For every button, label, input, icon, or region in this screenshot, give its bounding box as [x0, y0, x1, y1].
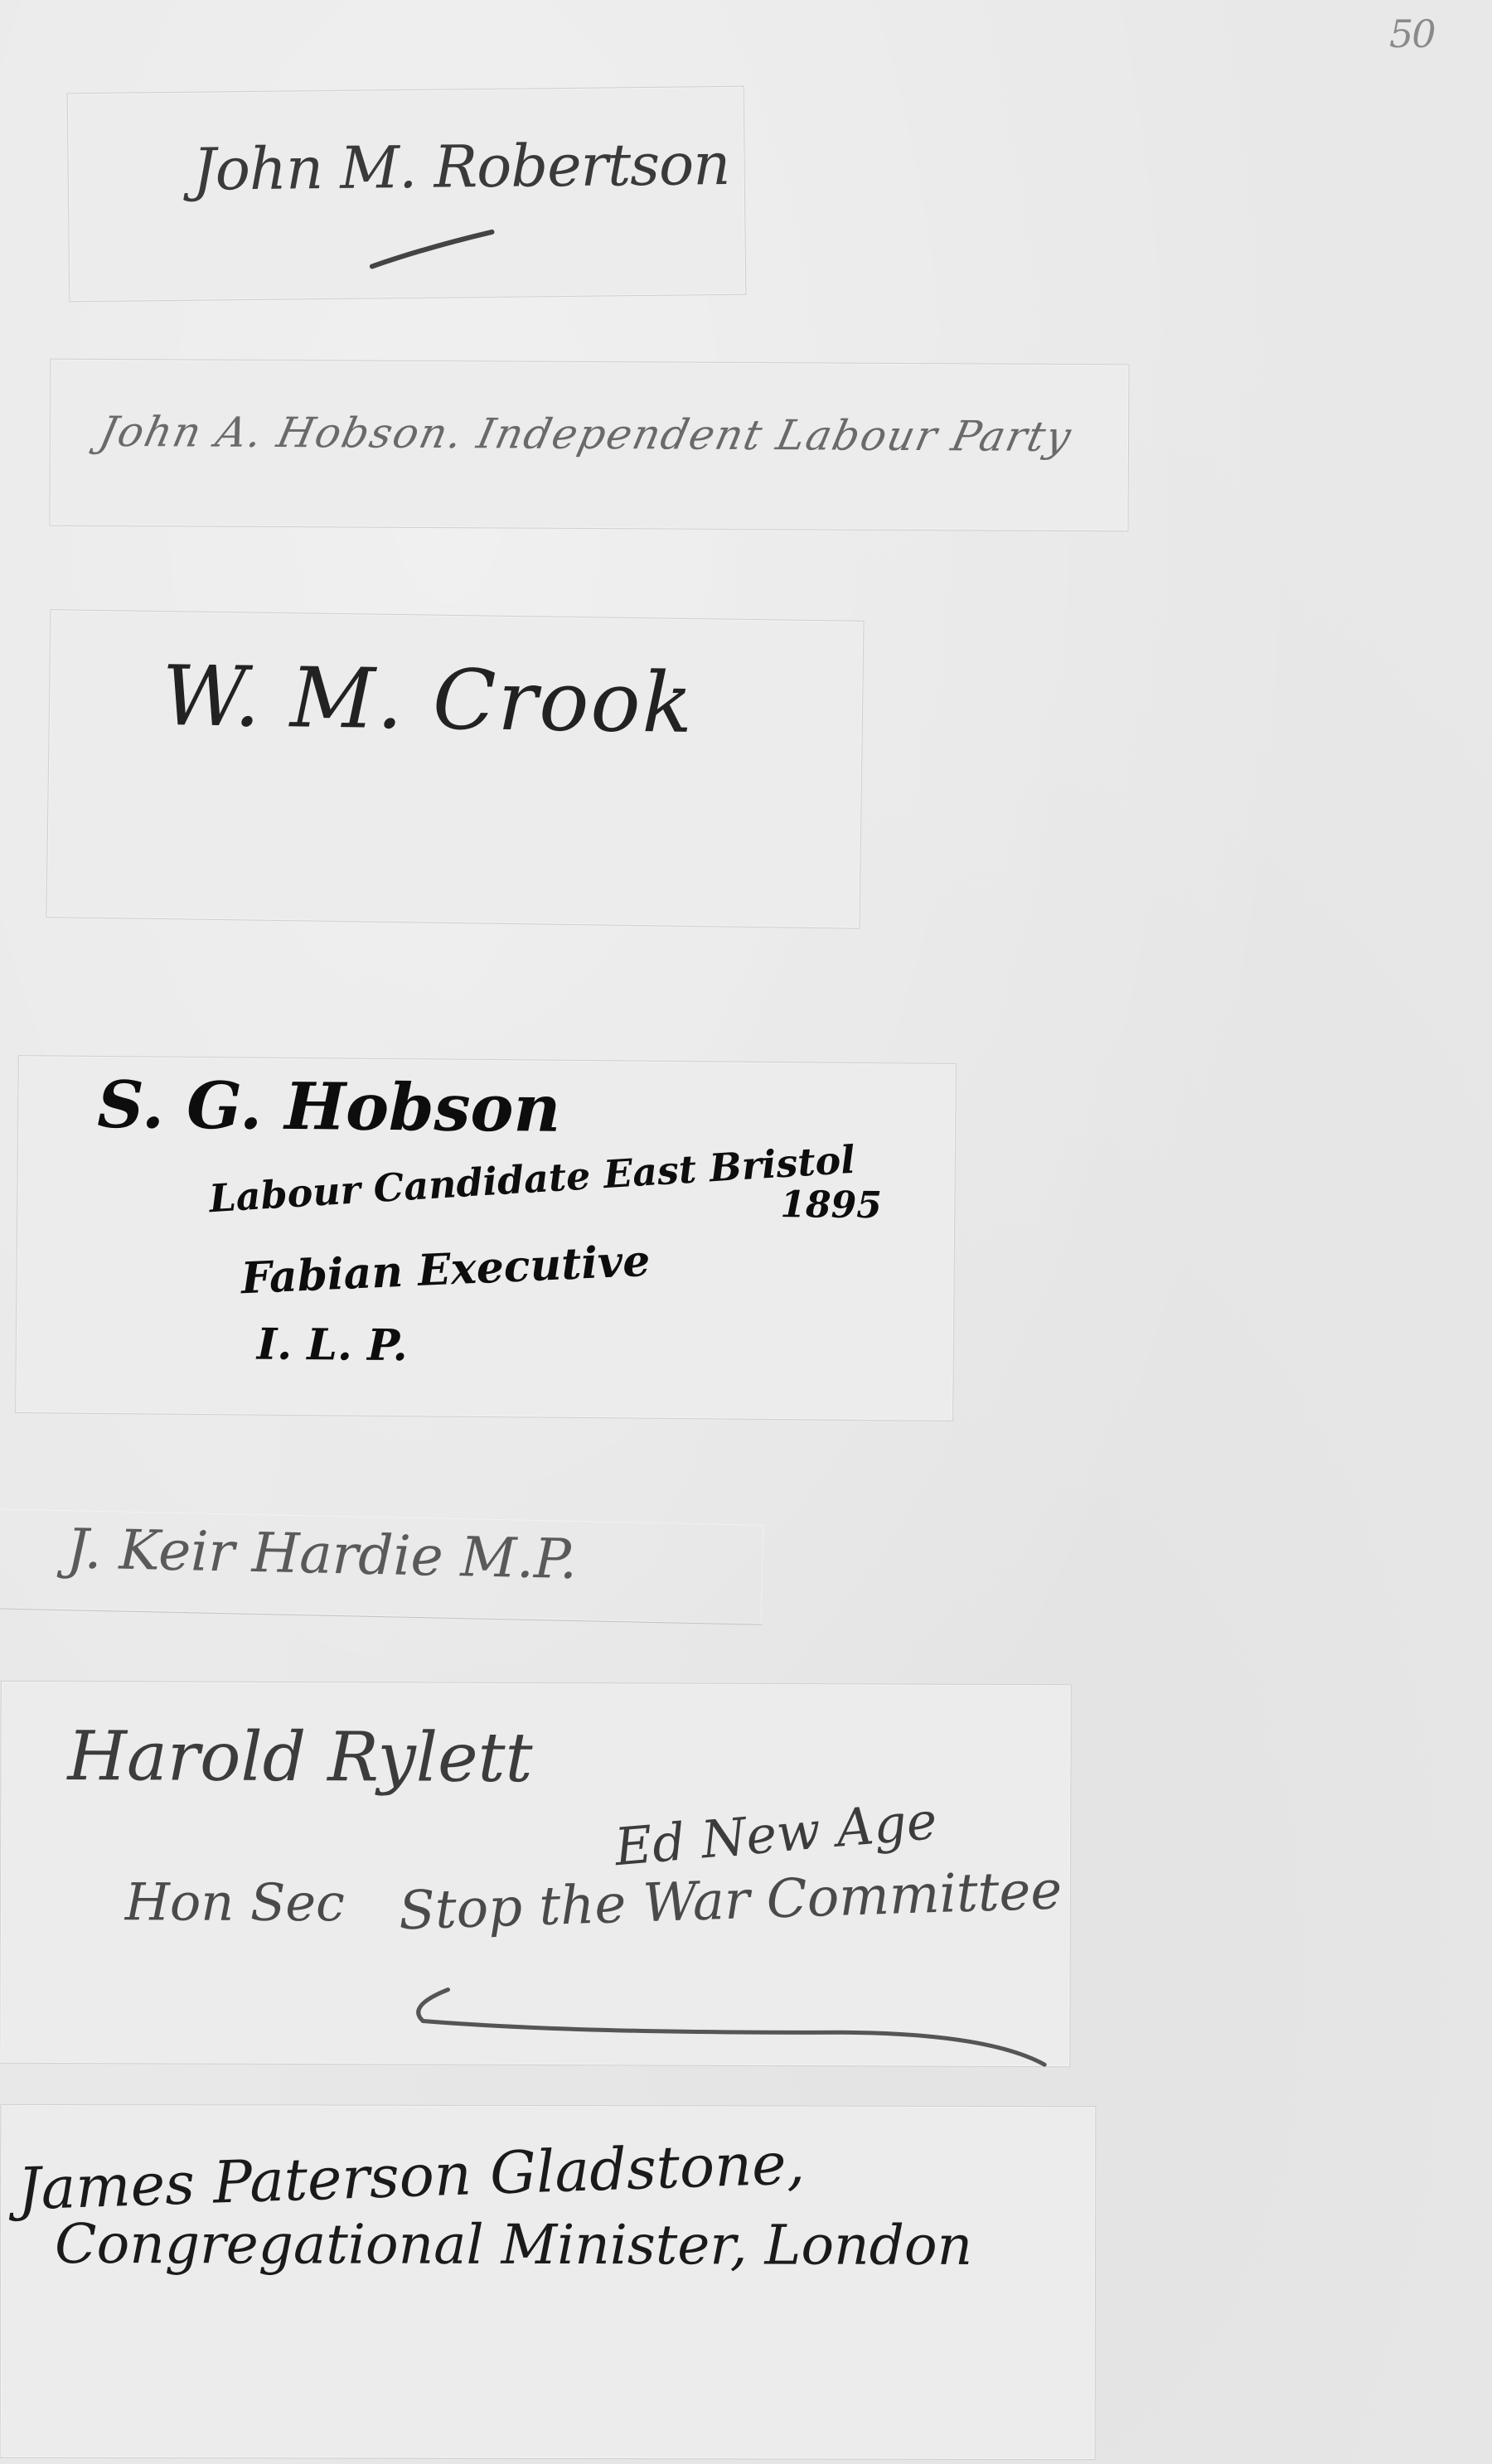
folio-number: 50 [1389, 12, 1435, 56]
annotation-congregational-minister: Congregational Minister, London [55, 2217, 972, 2273]
annotation-year: 1895 [780, 1187, 882, 1224]
signature-gladstone: James Paterson Gladstone, [17, 2134, 805, 2218]
signature-robertson: John M. Robertson [192, 135, 729, 199]
signature-rylett: Harold Rylett [67, 1723, 532, 1793]
album-page: 50 John M. Robertson John A. Hobson. Ind… [0, 0, 1492, 2464]
annotation-stop-the-war: Stop the War Committee [398, 1864, 1063, 1938]
signature-j-a-hobson: John A. Hobson. Independent Labour Party [96, 411, 1076, 457]
annotation-ilp: I. L. P. [257, 1324, 408, 1368]
signature-s-g-hobson: S. G. Hobson [97, 1073, 561, 1142]
signature-crook: W. M. Crook [161, 655, 695, 745]
autograph-slip-rylett: Harold Rylett Ed New Age Hon Sec Stop th… [0, 1681, 1072, 2068]
autograph-slip-j-a-hobson: John A. Hobson. Independent Labour Party [49, 359, 1129, 532]
annotation-ed-new-age: Ed New Age [613, 1795, 938, 1873]
flourish-underline [367, 222, 501, 274]
autograph-slip-crook: W. M. Crook [46, 609, 864, 929]
autograph-slip-keir-hardie: J. Keir Hardie M.P. [0, 1508, 763, 1624]
autograph-slip-robertson: John M. Robertson [67, 86, 747, 303]
autograph-slip-gladstone: James Paterson Gladstone, Congregational… [0, 2104, 1096, 2460]
annotation-labour-candidate: Labour Candidate East Bristol [208, 1140, 856, 1218]
flourish-underline [406, 1973, 1053, 2066]
annotation-fabian-executive: Fabian Executive [240, 1240, 652, 1300]
autograph-slip-s-g-hobson: S. G. Hobson Labour Candidate East Brist… [15, 1055, 957, 1421]
signature-keir-hardie: J. Keir Hardie M.P. [66, 1522, 578, 1587]
annotation-hon-sec: Hon Sec [125, 1876, 345, 1929]
